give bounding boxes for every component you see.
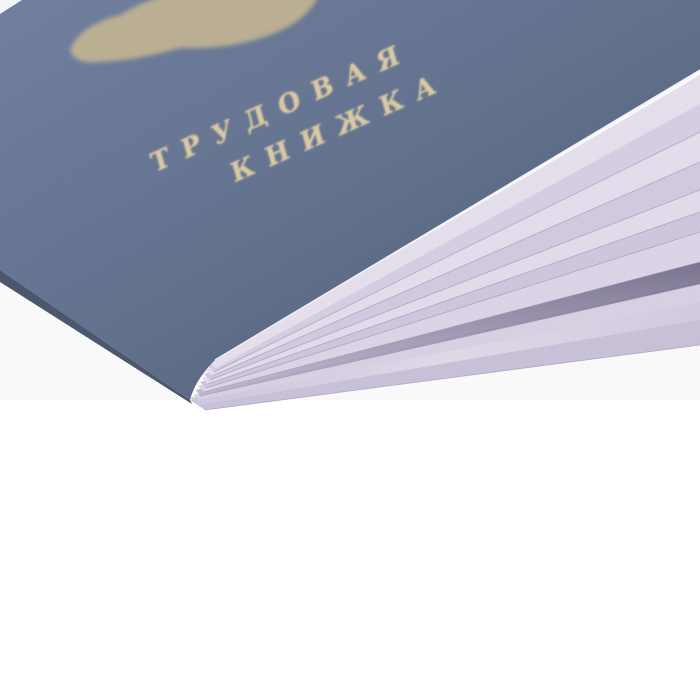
coat-of-arms-emblem	[60, 0, 330, 80]
product-photo: ТРУДОВАЯ КНИЖКА	[0, 0, 700, 700]
